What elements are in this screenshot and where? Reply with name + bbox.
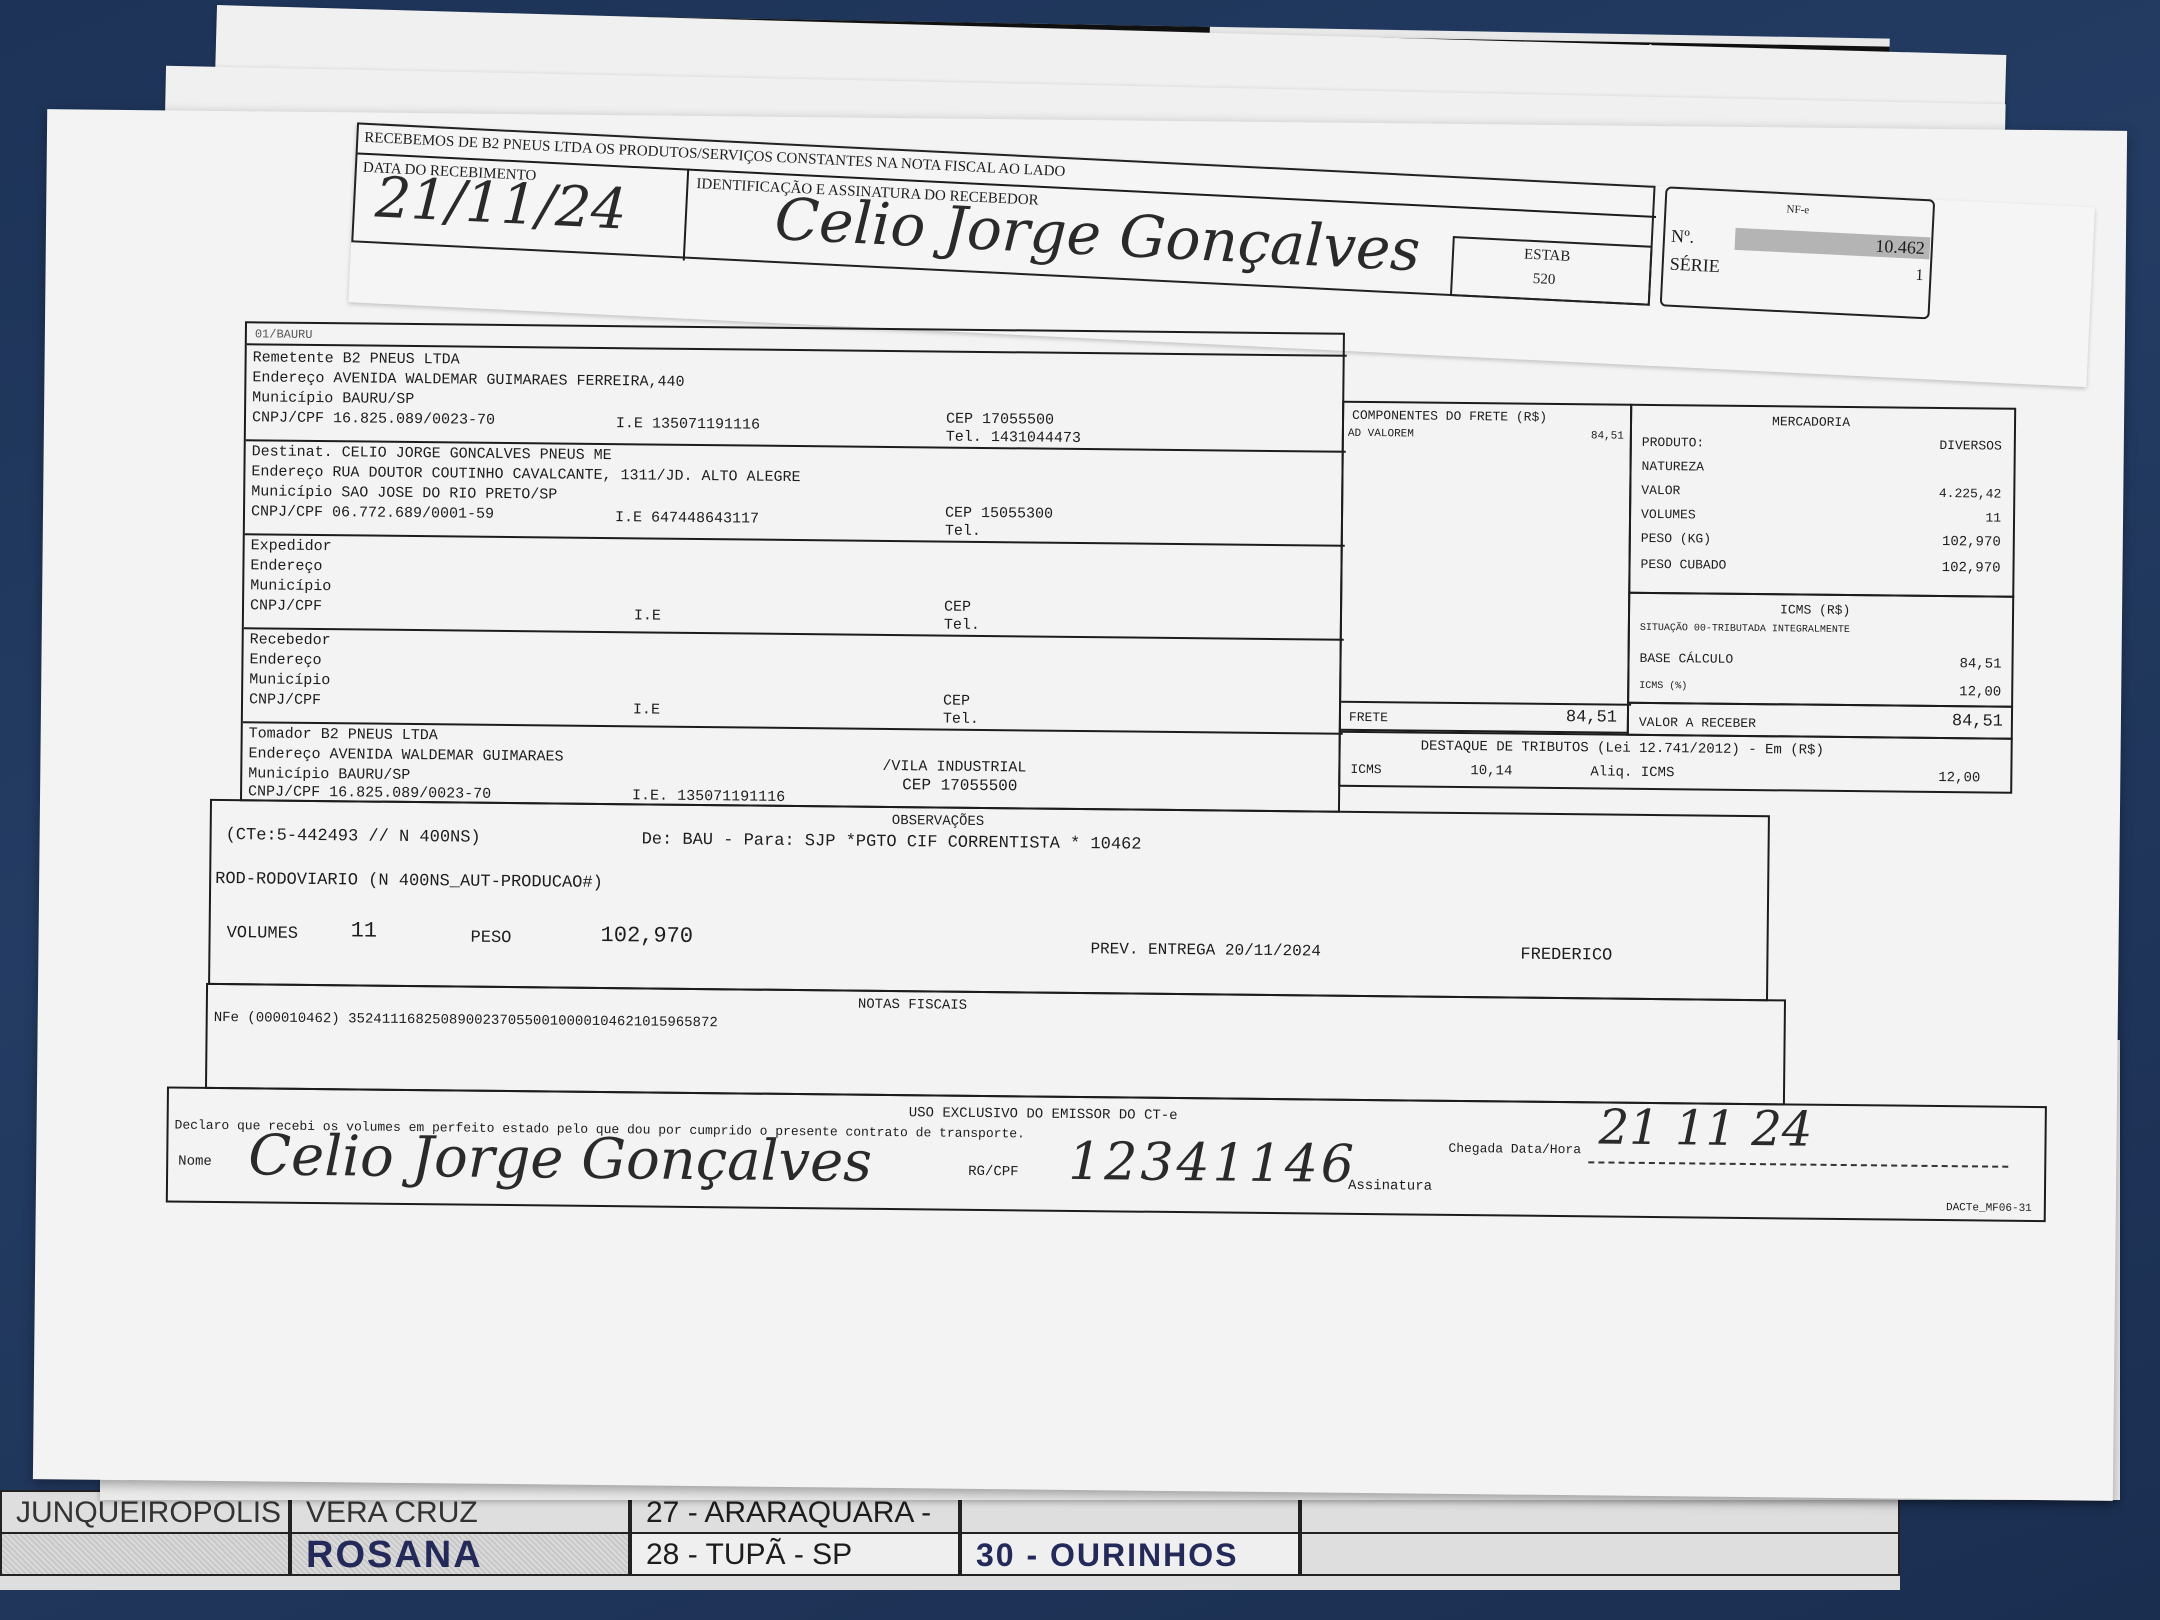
obs-driver: FREDERICO (1520, 947, 1612, 966)
observations-mode: ROD-RODOVIARIO (N 400NS_AUT-PRODUCAO#) (215, 871, 603, 893)
observations-title: OBSERVAÇÕES (892, 812, 985, 831)
arrival-label: Chegada Data/Hora (1448, 1140, 1581, 1159)
icms-box: ICMS (R$) SITUAÇÃO 00-TRIBUTADA INTEGRAL… (1627, 592, 2014, 708)
emitter-use-title: USO EXCLUSIVO DO EMISSOR DO CT-e (909, 1104, 1178, 1125)
expedidor-address-label: Endereço (250, 557, 322, 576)
parties-box: 01/BAURU Remetente B2 PNEUS LTDA Endereç… (240, 321, 1345, 812)
handwritten-rg: 12341146 (1068, 1132, 1357, 1195)
volumes-label: VOLUMES (1641, 506, 1696, 525)
emitter-use-box: USO EXCLUSIVO DO EMISSOR DO CT-e Declaro… (166, 1086, 2047, 1222)
tomador-city: Município BAURU/SP (248, 765, 410, 785)
expedidor-tel-label: Tel. (944, 617, 980, 635)
ad-valorem-value: 84,51 (1591, 427, 1624, 445)
estab-box: ESTAB 520 (1450, 236, 1653, 306)
table-cell-handwritten: 30 - OURINHOS (960, 1532, 1300, 1576)
nfe-box: NF-e Nº. 10.462 SÉRIE 1 (1660, 186, 1936, 319)
arrival-date-line (1588, 1159, 2008, 1167)
nfe-number-value: 10.462 (1875, 237, 1925, 257)
expedidor-cep-label: CEP (944, 599, 971, 617)
tomador-district: /VILA INDUSTRIAL (882, 758, 1026, 778)
nfe-number-label: Nº. (1671, 227, 1695, 246)
icms-base-label: BASE CÁLCULO (1639, 650, 1733, 669)
recipient-signature: Celio Jorge Gonçalves (248, 1123, 872, 1195)
destinatario-cnpj: CNPJ/CPF 06.772.689/0001-59 (251, 503, 494, 524)
value-value: 4.225,42 (1939, 485, 2002, 504)
frete-label: FRETE (1349, 709, 1388, 727)
tomador-cep: CEP 17055500 (902, 776, 1017, 795)
icms-title: ICMS (R$) (1780, 601, 1850, 620)
tomador-line: Tomador B2 PNEUS LTDA (249, 725, 438, 745)
remetente-cep: CEP 17055500 (946, 411, 1054, 430)
table-cell: 28 - TUPÃ - SP (630, 1532, 960, 1576)
taxes-icms-value: 10,14 (1470, 762, 1512, 780)
destinatario-city: Município SAO JOSE DO RIO PRETO/SP (251, 483, 557, 504)
cubed-weight-value: 102,970 (1942, 559, 2001, 578)
product-label: PRODUTO: (1642, 434, 1705, 453)
recebedor-cep-label: CEP (943, 693, 970, 711)
remetente-line: Remetente B2 PNEUS LTDA (253, 349, 460, 369)
weight-label: PESO (KG) (1641, 530, 1711, 549)
remetente-address: Endereço AVENIDA WALDEMAR GUIMARAES FERR… (252, 369, 684, 392)
destinatario-tel: Tel. (945, 523, 981, 541)
tomador-address: Endereço AVENIDA WALDEMAR GUIMARAES (248, 745, 563, 766)
icms-rate-value: 12,00 (1959, 683, 2001, 701)
recebedor-tel-label: Tel. (943, 711, 979, 729)
destinatario-ie: I.E 647448643117 (615, 509, 759, 529)
estab-value: 520 (1532, 270, 1555, 289)
taxes-title: DESTAQUE DE TRIBUTOS (Lei 12.741/2012) -… (1421, 738, 1824, 760)
nfe-series-label: SÉRIE (1669, 255, 1720, 275)
obs-volumes-value: 11 (351, 922, 378, 940)
freight-components-title: COMPONENTES DO FRETE (R$) (1352, 407, 1547, 427)
remetente-ie: I.E 135071191116 (616, 415, 760, 435)
icms-rate-label: ICMS (%) (1639, 678, 1687, 697)
name-label: Nome (178, 1153, 212, 1171)
merchandise-title: MERCADORIA (1772, 413, 1850, 432)
bottom-sheet-city-list: JUNQUEIRÓPOLIS VERA CRUZ 27 - ARARAQUARA… (0, 1490, 1900, 1590)
frete-value: 84,51 (1566, 709, 1617, 728)
invoices-box: NOTAS FISCAIS NFe (000010462) 3524111682… (205, 983, 1786, 1106)
merchandise-box: MERCADORIA PRODUTO: DIVERSOS NATUREZA VA… (1628, 404, 2016, 598)
handwritten-date: 21/11/24 (374, 165, 628, 242)
taxes-icms-label: ICMS (1350, 761, 1381, 779)
table-cell (0, 1532, 290, 1576)
invoices-title: NOTAS FISCAIS (858, 996, 967, 1015)
cubed-weight-label: PESO CUBADO (1640, 556, 1726, 575)
destinatario-cep: CEP 15055300 (945, 505, 1053, 524)
nature-label: NATUREZA (1641, 458, 1704, 477)
nfe-title: NF-e (1786, 200, 1809, 219)
obs-volumes-label: VOLUMES (227, 925, 299, 944)
receivable-label: VALOR A RECEBER (1639, 714, 1756, 733)
ad-valorem-label: AD VALOREM (1348, 425, 1414, 444)
nfe-series-value: 1 (1915, 267, 1924, 285)
remetente-tel: Tel. 1431044473 (946, 429, 1081, 448)
expedidor-label: Expedidor (251, 537, 332, 556)
origin-header: 01/BAURU (255, 325, 313, 344)
taxes-aliq-value: 12,00 (1938, 769, 1980, 787)
recebedor-label: Recebedor (250, 631, 331, 650)
expedidor-cnpj-label: CNPJ/CPF (250, 597, 322, 616)
handwritten-arrival-date: 21 11 24 (1598, 1099, 1812, 1157)
rg-label: RG/CPF (968, 1163, 1019, 1182)
icms-base-value: 84,51 (1959, 655, 2001, 673)
signature-label: Assinatura (1348, 1177, 1432, 1196)
obs-delivery: PREV. ENTREGA 20/11/2024 (1090, 940, 1321, 960)
remetente-city: Município BAURU/SP (252, 389, 414, 409)
cte-document: RECEBEMOS DE B2 PNEUS LTDA OS PRODUTOS/S… (33, 109, 2127, 1501)
form-code: DACTe_MF06-31 (1946, 1199, 2032, 1218)
recebedor-ie-label: I.E (633, 701, 660, 719)
remetente-cnpj: CNPJ/CPF 16.825.089/0023-70 (252, 409, 495, 430)
observations-cte-ref: (CTe:5-442493 // N 400NS) (226, 827, 481, 848)
volumes-value: 11 (1985, 509, 2001, 527)
observations-route: De: BAU - Para: SJP *PGTO CIF CORRENTIST… (642, 831, 1142, 854)
recebedor-cnpj-label: CNPJ/CPF (249, 691, 321, 710)
taxes-aliq-label: Aliq. ICMS (1590, 763, 1674, 782)
table-cell-handwritten: ROSANA (290, 1532, 630, 1576)
taxes-box: DESTAQUE DE TRIBUTOS (Lei 12.741/2012) -… (1338, 731, 2013, 794)
icms-situation: SITUAÇÃO 00-TRIBUTADA INTEGRALMENTE (1640, 620, 1850, 640)
expedidor-city-label: Município (250, 577, 331, 596)
recebedor-city-label: Município (249, 671, 330, 690)
expedidor-ie-label: I.E (634, 607, 661, 625)
estab-label: ESTAB (1524, 246, 1571, 266)
nfe-key: NFe (000010462) 352411168250890023705500… (214, 1009, 718, 1032)
observations-box: OBSERVAÇÕES (CTe:5-442493 // N 400NS) De… (208, 799, 1770, 1001)
recebedor-address-label: Endereço (249, 651, 321, 670)
freight-components-box: COMPONENTES DO FRETE (R$) AD VALOREM 84,… (1339, 401, 1632, 734)
value-label: VALOR (1641, 482, 1680, 500)
product-value: DIVERSOS (1939, 437, 2002, 456)
weight-value: 102,970 (1942, 533, 2001, 552)
obs-weight-value: 102,970 (601, 927, 694, 946)
obs-weight-label: PESO (470, 930, 511, 948)
destinatario-line: Destinat. CELIO JORGE GONCALVES PNEUS ME (252, 443, 612, 465)
receivable-value: 84,51 (1952, 713, 2003, 732)
